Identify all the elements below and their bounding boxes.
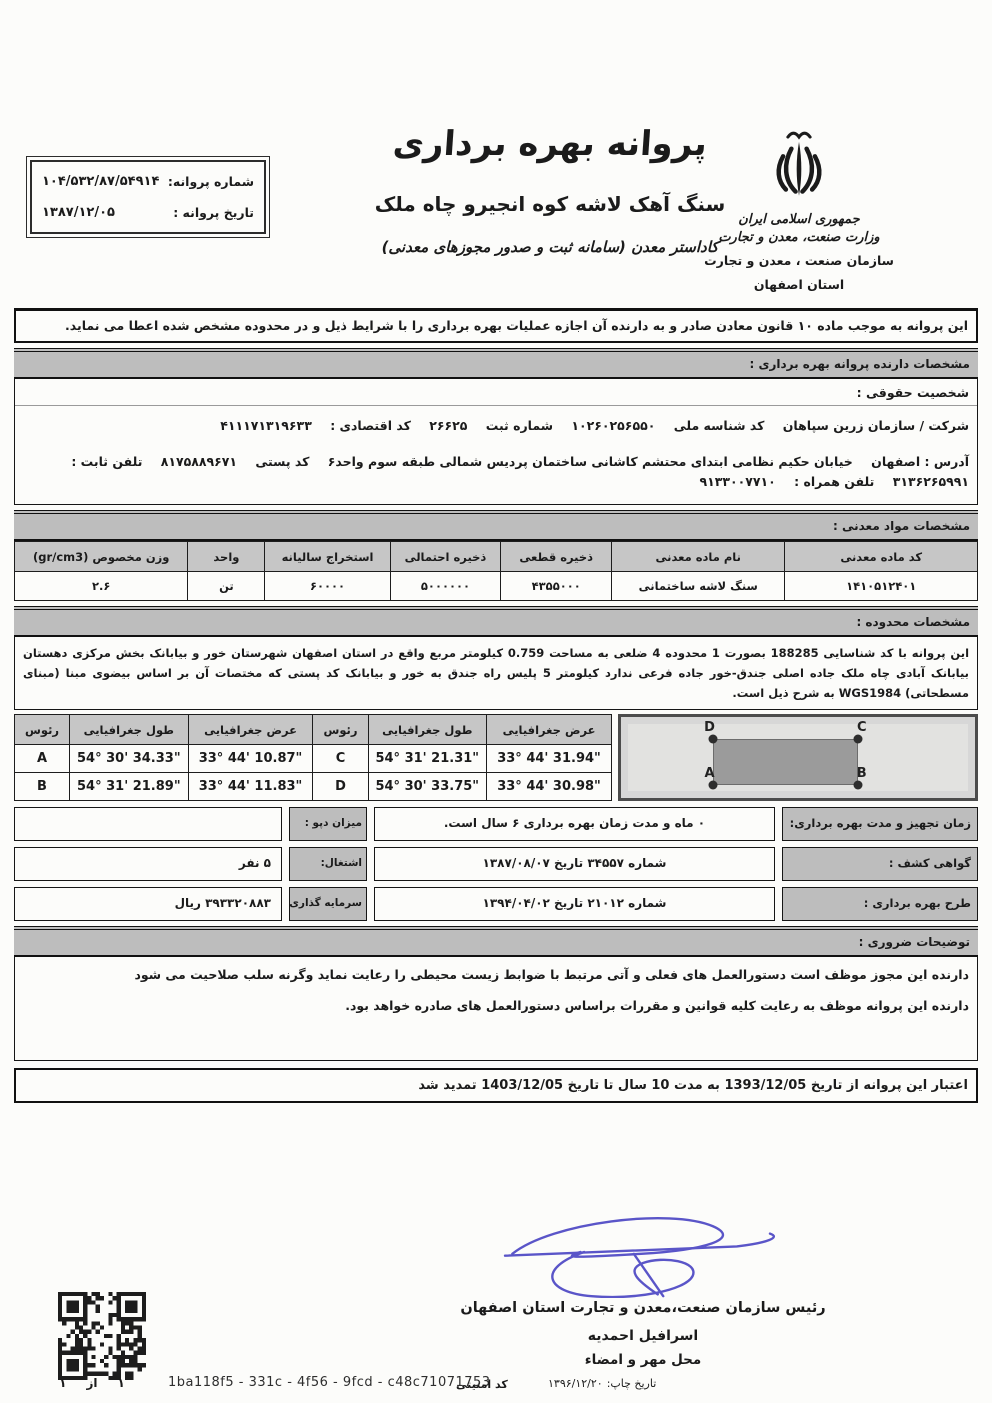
discovery-certificate-value: شماره ۳۴۵۵۷ تاریخ ۱۳۸۷/۰۸/۰۷ [374, 847, 775, 881]
section-holder-title: مشخصات دارنده پروانه بهره برداری : [14, 348, 978, 379]
signer-name: اسرافیل احمدیه [398, 1328, 888, 1344]
investment-value: ۳۹۳۳۲۰۸۸۳ ریال [14, 887, 282, 921]
registration-value: ۲۶۶۲۵ [429, 418, 467, 433]
section-notes-title: توضیحات ضروری : [14, 926, 978, 957]
national-id-label: کد شناسه ملی [674, 418, 765, 433]
boundary-polygon [713, 739, 858, 784]
economic-code-label: کد اقتصادی : [330, 418, 411, 433]
postal-value: ۸۱۷۵۸۸۹۶۷۱ [161, 454, 237, 469]
note-line-1: دارنده این مجوز موظف است دستورالعمل های … [23, 966, 969, 985]
vertex-b-id: B [15, 773, 70, 801]
employment-label: اشتغال: [289, 847, 367, 881]
vertex-a-lon: 54° 30' 34.33" [70, 745, 189, 773]
holder-section: شخصیت حقوقی : شرکت / سازمان زرین سپاهان … [14, 379, 978, 505]
coordinates-block: رئوس طول جغرافیایی عرض جغرافیایی رئوس طو… [14, 714, 978, 801]
vertex-a-id: A [15, 745, 70, 773]
minerals-table: کد ماده معدنی نام ماده معدنی ذخیره قطعی … [14, 541, 978, 601]
probable-reserve: ۵۰۰۰۰۰۰ [390, 572, 501, 601]
col-longitude-left: طول جغرافیایی [70, 715, 189, 745]
exploitation-plan-row: طرح بهره برداری : شماره ۲۱۰۱۲ تاریخ ۱۳۹۴… [14, 887, 978, 921]
vertex-a-lat: 33° 44' 10.87" [188, 745, 313, 773]
security-code-label: کد امنیتی [456, 1378, 508, 1391]
col-mineral-name: نام ماده معدنی [612, 542, 785, 572]
security-code-value: 1ba118f5 - 331c - 4f56 - 9fcd - c48c7107… [168, 1375, 491, 1390]
address-line: آدرس : اصفهان خیابان حکیم نظامی ابتدای م… [23, 452, 969, 492]
vertex-d-lat: 33° 44' 30.98" [487, 773, 612, 801]
minerals-header-row: کد ماده معدنی نام ماده معدنی ذخیره قطعی … [15, 542, 978, 572]
permit-number-row: شماره پروانه: ۱۰۴/۵۳۲/۸۷/۵۴۹۱۴ [42, 174, 254, 189]
registration-label: شماره ثبت [486, 418, 553, 433]
col-probable-reserve: ذخیره احتمالی [390, 542, 501, 572]
org-province-line: استان اصفهان [674, 277, 924, 292]
page-total: ۱ [118, 1376, 125, 1390]
vertex-d-lon: 54° 30' 33.75" [368, 773, 487, 801]
permit-date-value: ۱۳۸۷/۱۲/۰۵ [42, 205, 115, 220]
note-line-2: دارنده این پروانه موظف به رعایت کلیه قوا… [23, 997, 969, 1016]
phone-label: تلفن ثابت : [71, 454, 142, 469]
section-minerals-title: مشخصات مواد معدنی : [14, 510, 978, 541]
boundary-map-panel: D C A B [618, 714, 978, 801]
national-id-value: ۱۰۲۶۰۲۵۶۵۵۰ [571, 418, 655, 433]
permit-date-row: تاریخ پروانه : ۱۳۸۷/۱۲/۰۵ [42, 205, 254, 220]
vertex-dot-c [854, 735, 863, 744]
vertex-label-d: D [704, 720, 715, 735]
vertex-b-lon: 54° 31' 21.89" [70, 773, 189, 801]
page-indicator: ۱ از ۱ [46, 1376, 138, 1390]
exploitation-plan-label: طرح بهره برداری : [782, 887, 978, 921]
col-latitude-right: عرض جغرافیایی [487, 715, 612, 745]
col-mineral-code: کد ماده معدنی [785, 542, 978, 572]
signer-role: رئیس سازمان صنعت،معدن و تجارت استان اصفه… [398, 1300, 888, 1316]
document-title: پروانه بهره برداری [339, 124, 762, 164]
seal-and-signature-note: محل مهر و امضاء [398, 1352, 888, 1368]
title-block: پروانه بهره برداری سنگ آهک لاشه کوه انجی… [340, 124, 760, 256]
depot-amount-label: میزان دپو : [289, 807, 367, 841]
col-vertex-left: رئوس [15, 715, 70, 745]
equipment-duration-value: ۰ ماه و مدت زمان بهره برداری ۶ سال است. [374, 807, 775, 841]
mineral-code: ۱۴۱۰۵۱۲۴۰۱ [785, 572, 978, 601]
print-date: تاریخ چاپ: ۱۳۹۶/۱۲/۲۰ [548, 1377, 656, 1390]
col-proven-reserve: ذخیره قطعی [501, 542, 612, 572]
area-description: این پروانه با کد شناسایی 188285 بصورت 1 … [14, 637, 978, 710]
signature-block: رئیس سازمان صنعت،معدن و تجارت استان اصفه… [398, 1206, 888, 1368]
signature-ink [493, 1206, 793, 1298]
notes-section: دارنده این مجوز موظف است دستورالعمل های … [14, 957, 978, 1061]
unit-value: تن [188, 572, 265, 601]
discovery-certificate-label: گواهی کشف : [782, 847, 978, 881]
col-unit: واحد [188, 542, 265, 572]
qr-code [58, 1292, 146, 1380]
col-vertex-right: رئوس [313, 715, 368, 745]
print-date-label: تاریخ چاپ: [607, 1377, 657, 1390]
investment-label: سرمایه گذاری: [289, 887, 367, 921]
vertex-dot-a [709, 780, 718, 789]
proven-reserve: ۴۳۵۵۰۰۰ [501, 572, 612, 601]
coordinates-row-2: B 54° 31' 21.89" 33° 44' 11.83" D 54° 30… [15, 773, 612, 801]
vertex-dot-b [854, 780, 863, 789]
address-label: آدرس : اصفهان [871, 454, 969, 469]
vertex-dot-d [709, 735, 718, 744]
cadastre-line: کاداستر معدن (سامانه ثبت و صدور مجوزهای … [340, 238, 760, 256]
permit-number-value: ۱۰۴/۵۳۲/۸۷/۵۴۹۱۴ [42, 174, 159, 189]
permit-number-label: شماره پروانه: [168, 174, 254, 189]
discovery-certificate-row: گواهی کشف : شماره ۳۴۵۵۷ تاریخ ۱۳۸۷/۰۸/۰۷… [14, 847, 978, 881]
intro-statement: این پروانه به موجب ماده ۱۰ قانون معادن ص… [14, 308, 978, 343]
holder-info: شرکت / سازمان زرین سپاهان کد شناسه ملی ۱… [15, 406, 977, 504]
col-latitude-left: عرض جغرافیایی [188, 715, 313, 745]
validity-extension-statement: اعتبار این پروانه از تاریخ 1393/12/05 به… [14, 1068, 978, 1103]
company-line: شرکت / سازمان زرین سپاهان کد شناسه ملی ۱… [23, 416, 969, 436]
vertex-c-lat: 33° 44' 31.94" [487, 745, 612, 773]
document-body: این پروانه به موجب ماده ۱۰ قانون معادن ص… [14, 308, 978, 1103]
section-area-title: مشخصات محدوده : [14, 606, 978, 637]
equipment-duration-label: زمان تجهیز و مدت بهره برداری: [782, 807, 978, 841]
mobile-label: تلفن همراه : [794, 474, 874, 489]
address-value: خیابان حکیم نظامی ابتدای محتشم کاشانی سا… [328, 454, 853, 469]
vertex-label-a: A [704, 766, 714, 781]
mining-permit-document: جمهوری اسلامی ایران وزارت صنعت، معدن و ت… [0, 0, 992, 1403]
specific-weight: ۲.۶ [15, 572, 188, 601]
col-specific-weight: وزن مخصوص (gr/cm3) [15, 542, 188, 572]
page-current: ۱ [59, 1376, 66, 1390]
vertex-label-b: B [857, 766, 867, 781]
coordinates-table: رئوس طول جغرافیایی عرض جغرافیایی رئوس طو… [14, 714, 612, 801]
exploitation-plan-value: شماره ۲۱۰۱۲ تاریخ ۱۳۹۴/۰۴/۰۲ [374, 887, 775, 921]
permit-number-box: شماره پروانه: ۱۰۴/۵۳۲/۸۷/۵۴۹۱۴ تاریخ پرو… [30, 160, 266, 234]
mine-name-subtitle: سنگ آهک لاشه کوه انجیرو چاه ملک [340, 192, 760, 216]
vertex-c-id: C [313, 745, 368, 773]
minerals-value-row: ۱۴۱۰۵۱۲۴۰۱ سنگ لاشه ساختمانی ۴۳۵۵۰۰۰ ۵۰۰… [15, 572, 978, 601]
iran-national-emblem-icon [757, 128, 841, 208]
equipment-duration-row: زمان تجهیز و مدت بهره برداری: ۰ ماه و مد… [14, 807, 978, 841]
print-date-value: ۱۳۹۶/۱۲/۲۰ [548, 1377, 603, 1390]
vertex-b-lat: 33° 44' 11.83" [188, 773, 313, 801]
depot-amount-value [14, 807, 282, 841]
mobile-value: ۹۱۳۳۰۰۷۷۱۰ [699, 474, 775, 489]
col-annual-extraction: استخراج سالیانه [265, 542, 390, 572]
col-longitude-right: طول جغرافیایی [368, 715, 487, 745]
economic-code-value: ۴۱۱۱۷۱۳۱۹۶۳۳ [220, 418, 312, 433]
employment-value: ۵ نفر [14, 847, 282, 881]
vertex-c-lon: 54° 31' 21.31" [368, 745, 487, 773]
postal-label: کد پستی [255, 454, 309, 469]
company-name: شرکت / سازمان زرین سپاهان [783, 418, 969, 433]
phone-value: ۳۱۳۶۲۶۵۹۹۱ [893, 474, 969, 489]
vertex-d-id: D [313, 773, 368, 801]
document-header: جمهوری اسلامی ایران وزارت صنعت، معدن و ت… [0, 0, 992, 305]
vertex-label-c: C [857, 720, 867, 735]
mineral-name: سنگ لاشه ساختمانی [612, 572, 785, 601]
page-separator: از [86, 1376, 97, 1390]
coordinates-row-1: A 54° 30' 34.33" 33° 44' 10.87" C 54° 31… [15, 745, 612, 773]
annual-extraction: ۶۰۰۰۰ [265, 572, 390, 601]
legal-person-label: شخصیت حقوقی : [15, 379, 977, 406]
coordinates-header-row: رئوس طول جغرافیایی عرض جغرافیایی رئوس طو… [15, 715, 612, 745]
permit-date-label: تاریخ پروانه : [173, 205, 254, 220]
